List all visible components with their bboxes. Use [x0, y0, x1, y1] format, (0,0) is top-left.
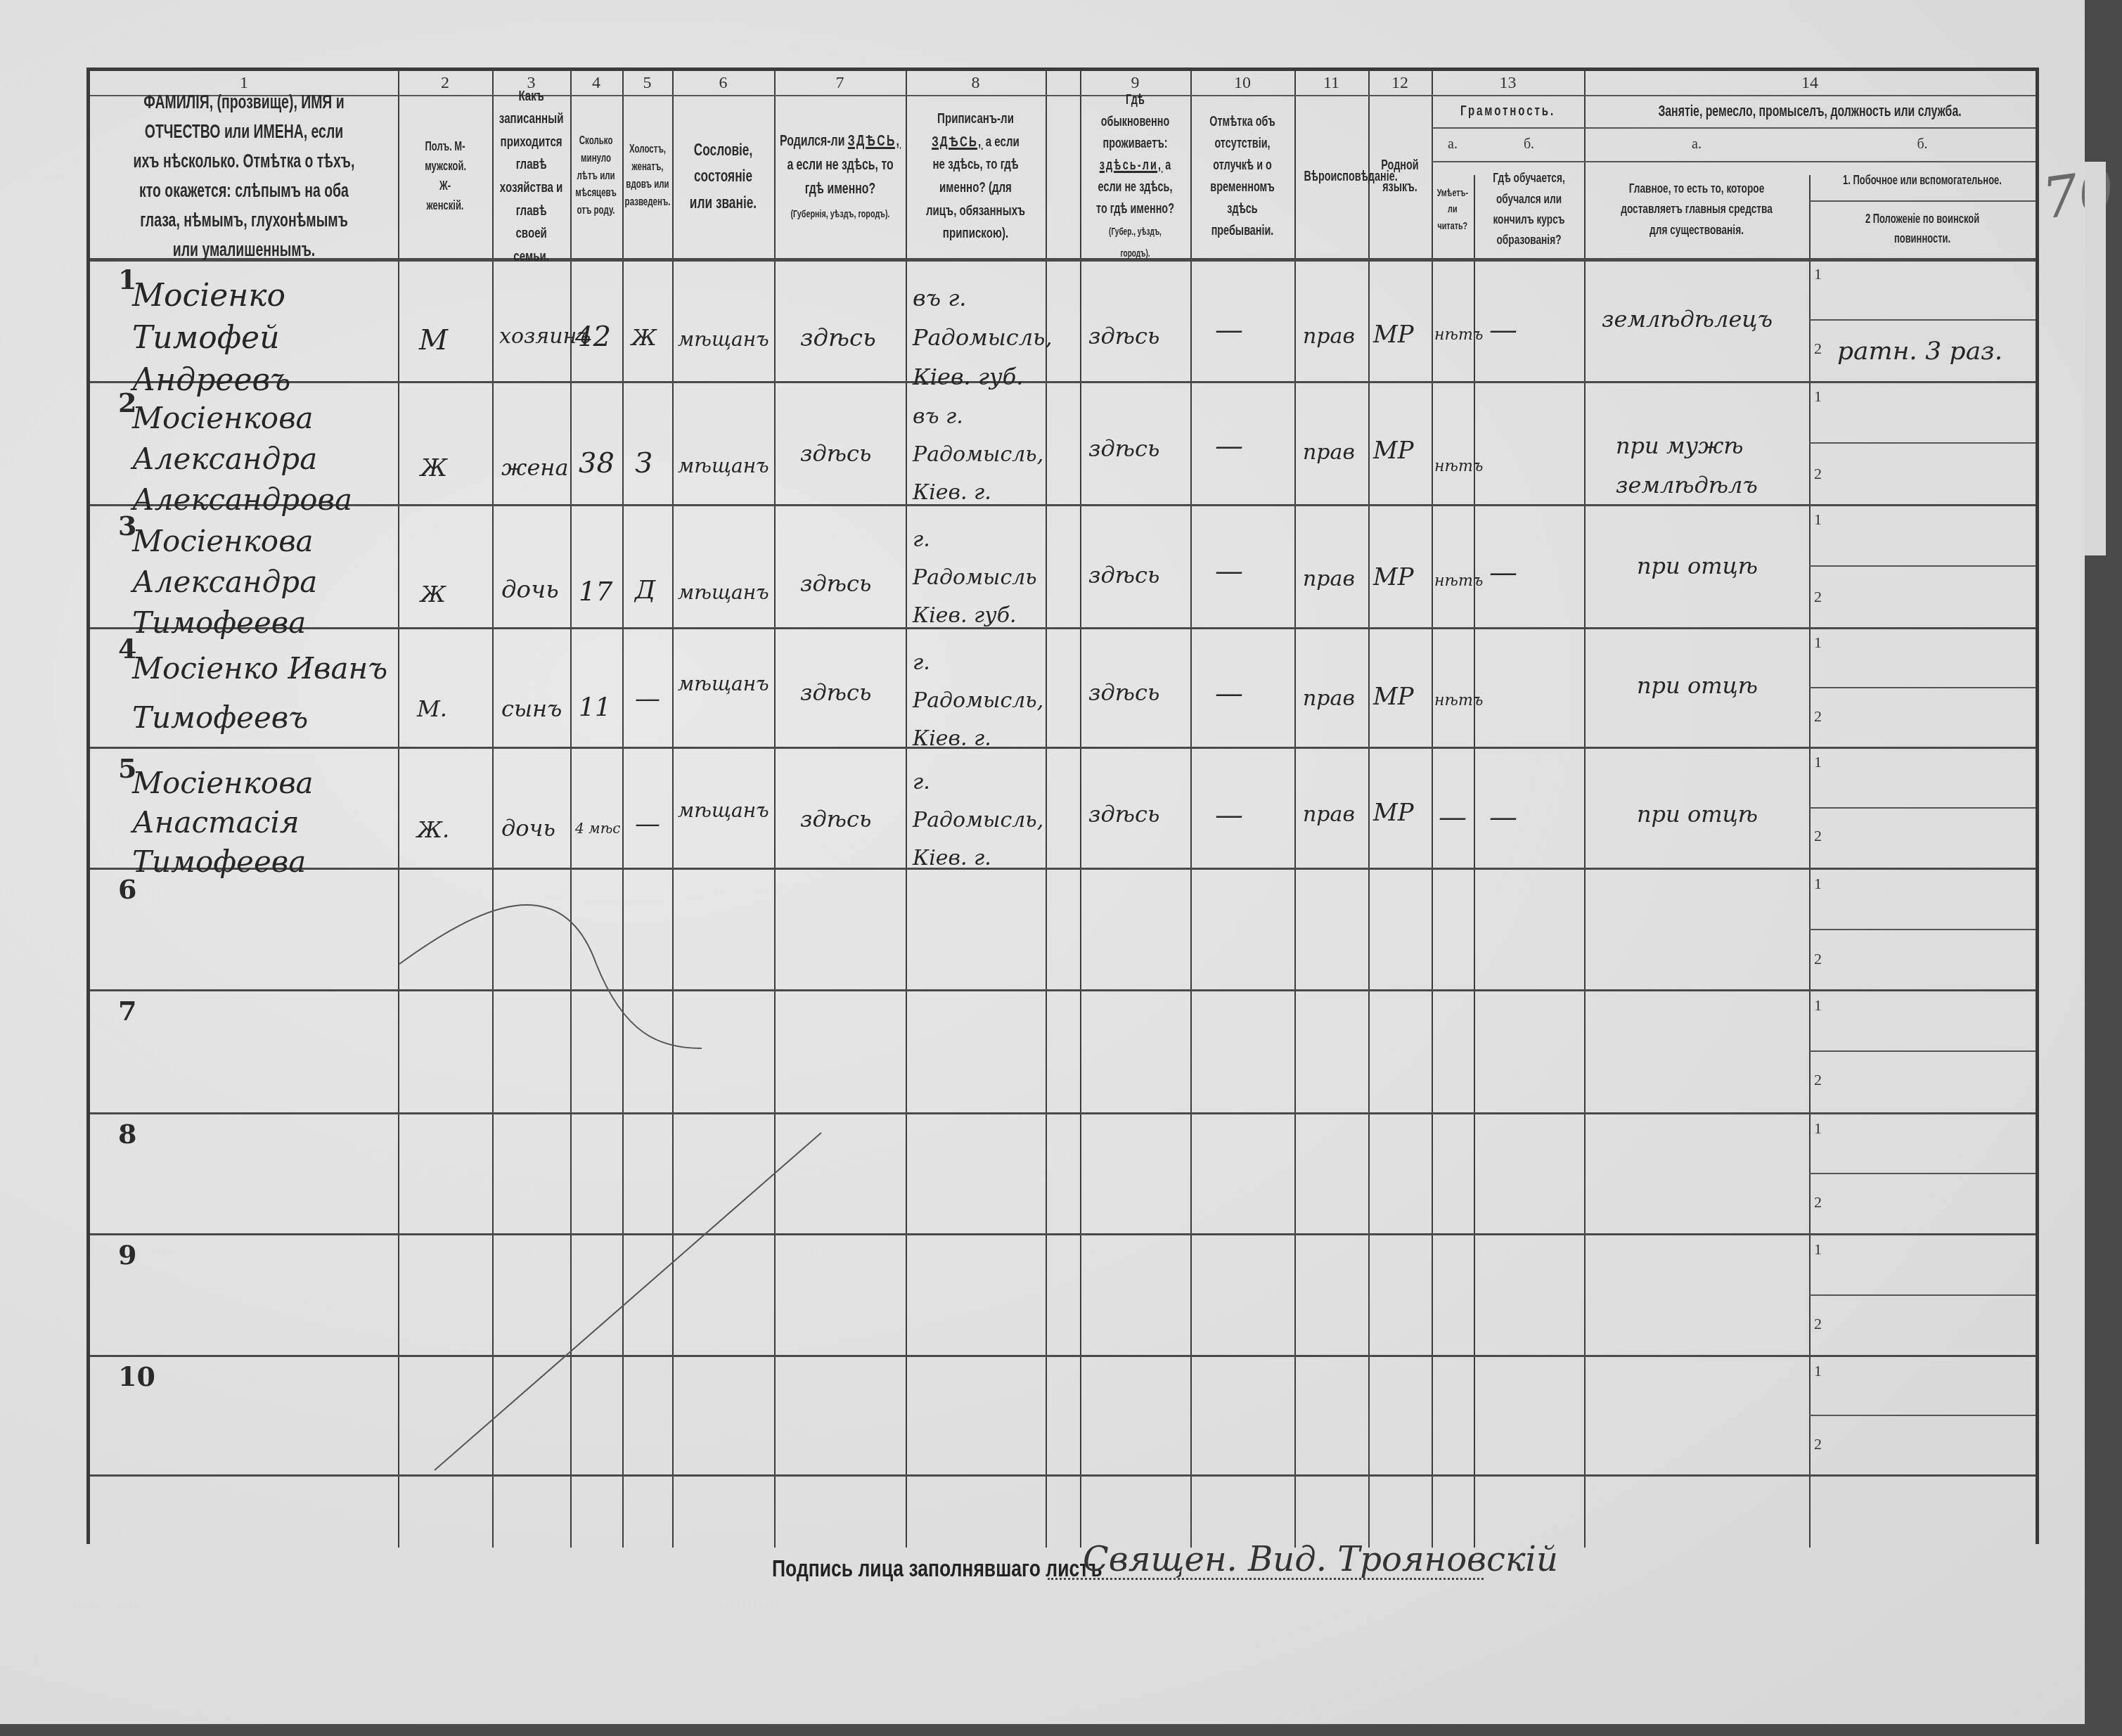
header-col7: Родился-ли ЗДѢСЬ, а если не здѣсь, то гд… [774, 95, 906, 258]
absence-note: — [1215, 314, 1243, 346]
person-name: Мосіенкова Александра Тимофеева [132, 521, 392, 643]
header-col12: Родной языкъ. [1368, 95, 1432, 258]
header-col7-lead: Родился-ли [780, 131, 844, 149]
header-col14b-label: б. [1809, 127, 2036, 161]
person-name: Мосіенкова Александра Александрова [132, 398, 392, 520]
residence: здѣсь [1088, 801, 1159, 828]
native-language: МР [1373, 799, 1414, 827]
registered-place: г. Радомысль, Кіев. г. [913, 764, 1046, 877]
sub-label-2: 2 [1814, 1315, 1822, 1333]
header-col9-note: (Губер., уѣздъ, городъ). [1109, 226, 1162, 259]
header-col8-lead: Приписанъ-ли [937, 110, 1014, 127]
header-col7-here: ЗДѢСЬ, [847, 131, 900, 149]
birthplace: здѣсь [800, 570, 871, 597]
estate: мѣщанъ [678, 328, 769, 351]
sex: М [419, 324, 448, 356]
sub-label-2: 2 [1814, 1071, 1822, 1089]
residence: здѣсь [1088, 435, 1159, 462]
marital-status: Ж [631, 324, 657, 351]
sub-label-2: 2 [1814, 1193, 1822, 1211]
header-col5: Холостъ, женатъ, вдовъ или разведенъ. [622, 95, 672, 258]
header-col13b: Гдѣ обучается, обучался или кончилъ курс… [1474, 161, 1584, 258]
relation: сынъ [501, 695, 562, 722]
native-language: МР [1373, 321, 1414, 349]
religion: прав [1303, 567, 1355, 591]
can-read: нѣтъ [1434, 326, 1483, 344]
paper-edge [2085, 162, 2106, 555]
col-number-12: 12 [1368, 71, 1432, 95]
marital-status: З [635, 447, 652, 480]
religion: прав [1303, 686, 1355, 711]
native-language: МР [1373, 563, 1414, 591]
margin-page-number: 70 [2038, 157, 2118, 231]
header-col14b-2: 2 Положеніе по воинской повинности. [1809, 200, 2036, 258]
absence-note: — [1215, 555, 1243, 587]
sub-label-2: 2 [1814, 588, 1822, 606]
sub-label-1: 1 [1814, 510, 1822, 529]
header-col14-text: Занятіе, ремесло, промыселъ, должность и… [1647, 99, 1972, 123]
col-number-10: 10 [1190, 71, 1294, 95]
birthplace: здѣсь [800, 679, 871, 706]
header-col9-lead: Гдѣ обыкновенно проживаетъ: [1101, 92, 1170, 151]
sex: Ж [420, 454, 447, 482]
estate: мѣщанъ [678, 454, 769, 477]
registered-place: г. Радомысль Кіев. губ. [913, 521, 1046, 635]
sub-label-1: 1 [1814, 753, 1822, 771]
marital-status: — [635, 684, 660, 713]
religion: прав [1303, 324, 1355, 349]
sub-label-1: 1 [1814, 265, 1822, 283]
religion: прав [1303, 802, 1355, 827]
header-col7-note: (Губернія, уѣздъ, городъ). [790, 208, 889, 220]
header-col3-text: Какъ записанный приходится главѣ хозяйст… [499, 85, 564, 268]
header-col14a-text: Главное, то есть то, которое доставляетъ… [1616, 179, 1777, 240]
header-col9-here: здѣсь-ли, [1100, 157, 1163, 173]
header-col14: Занятіе, ремесло, промыселъ, должность и… [1584, 95, 2036, 127]
age: 17 [579, 576, 612, 607]
row-number: 8 [118, 1118, 136, 1150]
can-read: нѣтъ [1434, 692, 1483, 709]
header-col6: Сословіе, состояніе или званіе. [672, 95, 774, 258]
relation: дочь [501, 815, 555, 842]
sex: Ж. [417, 816, 449, 843]
main-occupation: при мужѣ землѣдѣлъ [1616, 426, 1799, 505]
col-number-7: 7 [774, 71, 906, 95]
sub-label-1: 1 [1814, 387, 1822, 406]
col-number-8: 8 [906, 71, 1046, 95]
header-col12-text: Родной языкъ. [1377, 155, 1423, 198]
sub-label-2: 2 [1814, 827, 1822, 845]
can-read: — [1439, 801, 1467, 833]
sub-label-2: 2 [1814, 1435, 1822, 1453]
age: 11 [579, 693, 611, 722]
sub-label-1: 1 [1814, 634, 1822, 652]
person-name: Мосіенко Иванъ Тимофеевъ [132, 644, 392, 742]
sub-label-2: 2 [1814, 950, 1822, 968]
header-col13: Грамотность. [1432, 95, 1584, 127]
birthplace: здѣсь [800, 440, 871, 467]
row-number: 9 [118, 1239, 136, 1271]
header-col2: Полъ. М-мужской. Ж-женскій. [398, 95, 492, 258]
col-number-4: 4 [570, 71, 622, 95]
main-occupation: землѣдѣлецъ [1602, 300, 1799, 339]
header-col9-text: Гдѣ обыкновенно проживаетъ: здѣсь-ли, а … [1095, 89, 1175, 264]
header-col4: Сколько минуло лѣтъ или мѣсяцевъ отъ род… [570, 95, 622, 258]
birthplace: здѣсь [800, 806, 871, 832]
relation: жена [501, 454, 568, 481]
col-number-14: 14 [1584, 71, 2036, 95]
registered-place: въ г. Радомысль, Кіев. г. [913, 398, 1046, 512]
registered-place: въ г. Радомысль, Кіев. губ. [913, 278, 1046, 397]
estate: мѣщанъ [678, 672, 769, 695]
col-number-2: 2 [398, 71, 492, 95]
marital-status: Д [635, 576, 655, 605]
estate: мѣщанъ [678, 581, 769, 604]
header-col10: Отмѣтка объ отсутствіи, отлучкѣ и о врем… [1190, 95, 1294, 258]
absence-note: — [1215, 677, 1243, 709]
sex: М. [417, 695, 447, 722]
education: — [1489, 801, 1517, 833]
sub-label-1: 1 [1814, 996, 1822, 1015]
age: 38 [579, 447, 615, 480]
relation: дочь [501, 576, 559, 604]
residence: здѣсь [1088, 679, 1159, 706]
header-col8-here: ЗДѢСЬ, [932, 134, 982, 150]
religion: прав [1303, 440, 1355, 465]
header-col13a-label: а. [1432, 127, 1474, 161]
header-col13b-text: Гдѣ обучается, обучался или кончилъ курс… [1489, 168, 1569, 251]
person-name: Мосіенко Тимофей Андреевъ [132, 275, 392, 401]
header-col8-text: Приписанъ-ли ЗДѢСЬ, а если не здѣсь, то … [925, 108, 1026, 245]
sub-label-2: 2 [1814, 707, 1822, 726]
military-status: ратн. 3 раз. [1837, 337, 2002, 366]
header-col14b-2-text: 2 Положеніе по воинской повинности. [1841, 210, 2004, 249]
header-col2-text: Полъ. М-мужской. Ж-женскій. [425, 137, 465, 216]
age: 42 [575, 321, 611, 353]
sub-label-2: 2 [1814, 340, 1822, 358]
sub-label-1: 1 [1814, 1119, 1822, 1138]
sub-label-1: 1 [1814, 875, 1822, 893]
header-col5-text: Холостъ, женатъ, вдовъ или разведенъ. [624, 141, 670, 211]
marital-status: — [635, 809, 660, 838]
sex: Ж [420, 581, 446, 607]
signature: Священ. Вид. Трояновскій [1083, 1540, 1558, 1579]
main-occupation: при отцѣ [1637, 553, 1758, 579]
header-col13b-label: б. [1474, 127, 1584, 161]
native-language: МР [1373, 683, 1414, 711]
registered-place: г. Радомысль, Кіев. г. [913, 644, 1046, 758]
header-col7-text: Родился-ли ЗДѢСЬ, а если не здѣсь, то гд… [779, 129, 901, 224]
header-col14a: Главное, то есть то, которое доставляетъ… [1584, 161, 1809, 258]
census-sheet: 70 [0, 0, 2085, 1724]
header-col14b-1: 1. Побочное или вспомогательное. [1809, 161, 2036, 200]
person-name: Мосіенкова Анастасія Тимофеева [132, 764, 392, 882]
header-col3: Какъ записанный приходится главѣ хозяйст… [492, 95, 570, 258]
col-number-13: 13 [1432, 71, 1584, 95]
sub-label-2: 2 [1814, 465, 1822, 483]
birthplace: здѣсь [800, 324, 876, 352]
header-col11-text: Вѣроисповѣданіе. [1304, 166, 1359, 188]
residence: здѣсь [1088, 562, 1159, 589]
col-number-11: 11 [1294, 71, 1368, 95]
age: 4 мѣс [575, 820, 621, 837]
census-table: 1 2 3 4 5 6 7 8 9 10 11 12 13 14 ФАМИЛІЯ… [86, 67, 2039, 1544]
main-occupation: при отцѣ [1637, 672, 1758, 699]
header-col13-text: Грамотность. [1453, 100, 1562, 123]
header-col13a: Умѣетъ-ли читать? [1432, 161, 1474, 258]
absence-note: — [1215, 430, 1243, 462]
header-col14a-label: а. [1584, 127, 1809, 161]
col-number-5: 5 [622, 71, 672, 95]
sub-label-1: 1 [1814, 1362, 1822, 1380]
estate: мѣщанъ [678, 799, 769, 822]
education: — [1489, 556, 1517, 589]
absence-note: — [1215, 799, 1243, 831]
native-language: МР [1373, 437, 1414, 465]
header-col1: ФАМИЛІЯ, (прозвище), ИМЯ и ОТЧЕСТВО или … [90, 95, 398, 258]
header-col11: Вѣроисповѣданіе. [1294, 95, 1368, 258]
header-col14b-1-text: 1. Побочное или вспомогательное. [1841, 171, 2004, 191]
header-col6-text: Сословіе, состояніе или званіе. [686, 137, 759, 216]
col-number-6: 6 [672, 71, 774, 95]
header-col8: Приписанъ-ли ЗДѢСЬ, а если не здѣсь, то … [906, 95, 1046, 258]
row-number: 10 [118, 1361, 155, 1392]
education: — [1489, 314, 1517, 346]
can-read: нѣтъ [1434, 458, 1483, 475]
header-col10-text: Отмѣтка объ отсутствіи, отлучкѣ и о врем… [1205, 111, 1280, 242]
can-read: нѣтъ [1434, 572, 1483, 590]
main-occupation: при отцѣ [1637, 801, 1758, 828]
header-col13a-text: Умѣетъ-ли читать? [1437, 185, 1468, 234]
row-number: 7 [118, 995, 136, 1027]
header-col7-where: а если не здѣсь, то гдѣ именно? [787, 155, 893, 197]
header-col4-text: Сколько минуло лѣтъ или мѣсяцевъ отъ род… [576, 133, 617, 220]
residence: здѣсь [1088, 323, 1159, 349]
header-col9: Гдѣ обыкновенно проживаетъ: здѣсь-ли, а … [1080, 95, 1190, 258]
cancel-stroke [392, 880, 828, 1484]
sub-label-1: 1 [1814, 1240, 1822, 1259]
header-col1-text: ФАМИЛІЯ, (прозвище), ИМЯ и ОТЧЕСТВО или … [133, 88, 354, 264]
